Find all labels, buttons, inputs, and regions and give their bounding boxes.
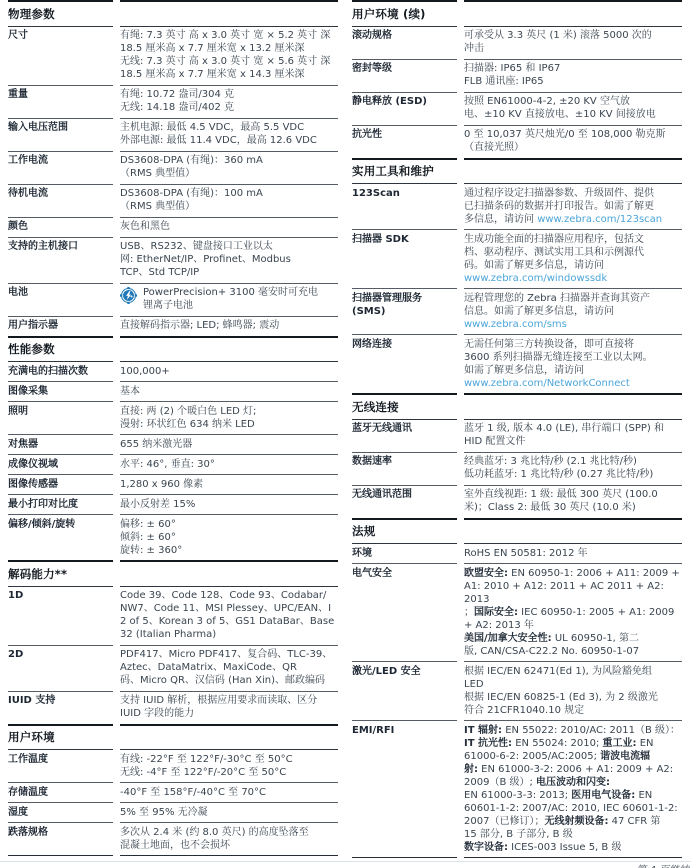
value-text: TCP、Std TCP/IP <box>120 267 199 278</box>
value-line: 按照 EN61000-4-2, ±20 KV 空气放 <box>464 95 682 108</box>
value-line: -40°F 至 158°F/-40°C 至 70°C <box>120 786 338 799</box>
section-header: 法规 <box>352 518 682 545</box>
spec-label: 湿度 <box>8 803 113 823</box>
value-line: 电、±10 KV 直接放电、±10 KV 间接放电 <box>464 108 682 121</box>
spec-row: 偏移/倾斜/旋转偏移: ± 60°倾斜: ± 60°旋转: ± 360° <box>8 515 338 560</box>
value-line: 灰色和黑色 <box>120 220 338 233</box>
spec-value: PowerPrecision+ 3100 毫安时可充电锂离子电池 <box>120 284 338 317</box>
value-text: EN <box>637 738 654 749</box>
value-line: Code 39、Code 128、Code 93、Codabar/ <box>120 589 338 602</box>
spec-row: 工作温度有线: -22°F 至 122°F/-30°C 至 50°C无线: -4… <box>8 750 338 783</box>
value-line: USB、RS232、键盘接口工业以太 <box>120 240 338 253</box>
spec-row: 待机电流DS3608-DPA (有绳)：100 mA （RMS 典型值） <box>8 185 338 218</box>
spec-label: 对焦器 <box>8 435 113 455</box>
value-text: 0 至 10,037 英尺烛光/0 至 108,000 勒克斯 <box>464 129 666 140</box>
value-text: 冲击 <box>464 43 484 54</box>
section-header-rule <box>120 560 338 587</box>
spec-row: 支持的主机接口USB、RS232、键盘接口工业以太网: EtherNet/IP、… <box>8 238 338 284</box>
value-text: 根据 IEC/EN 60825-1 (Ed 3), 为 2 级激光 <box>464 692 658 703</box>
spec-value: -40°F 至 158°F/-40°C 至 70°C <box>120 783 338 803</box>
value-line: 数字设备: ICES-003 Issue 5, B 级 <box>464 841 682 854</box>
value-line: 主机电源: 最低 4.5 VDC，最高 5.5 VDC <box>120 121 338 134</box>
value-text: 灰色和黑色 <box>120 221 170 232</box>
value-line: 倾斜: ± 60° <box>120 531 338 544</box>
value-text: 47 CFR 第 <box>608 816 660 827</box>
spec-label: 网络连接 <box>352 335 457 393</box>
section-title: 法规 <box>352 518 457 545</box>
spec-label: 电池 <box>8 284 113 317</box>
value-line: 蓝牙 1 级, 版本 4.0 (LE), 串行端口 (SPP) 和 <box>464 422 682 435</box>
value-text-bold: IT 抗光性: <box>464 738 512 749</box>
spec-value: 100,000+ <box>120 362 338 382</box>
spec-label: 充满电的扫描次数 <box>8 362 113 382</box>
spec-value: 有线: -22°F 至 122°F/-30°C 至 50°C无线: -4°F 至… <box>120 750 338 783</box>
value-text: 生成功能全面的扫描器应用程序，包括文 <box>464 234 644 245</box>
value-line: 无线: 14.18 盎司/402 克 <box>120 101 338 114</box>
spec-value: 有绳: 7.3 英寸 高 x 3.0 英寸 宽 × 5.2 英寸 深18.5 厘… <box>120 27 338 86</box>
value-text: 2007（已修订）； <box>464 816 544 827</box>
external-link[interactable]: www.zebra.com/windowssdk <box>464 273 607 284</box>
spec-label: 激光/LED 安全 <box>352 662 457 721</box>
value-line: 混凝土地面，也不会损坏 <box>120 839 338 852</box>
value-line: 5% 至 95% 无冷凝 <box>120 806 338 819</box>
value-line: 直接: 两 (2) 个暖白色 LED 灯; <box>120 405 338 418</box>
value-line: 已扫描条码的数据并打印报告。如需了解更 <box>464 200 682 213</box>
value-text: 经典蓝牙: 3 兆比特/秒 (2.1 兆比特/秒) <box>464 456 637 467</box>
value-line: 锂离子电池 <box>143 299 338 312</box>
value-text-bold: IT 辐射: <box>464 725 502 736</box>
spec-row: 成像仪视域水平: 46°, 垂直: 30° <box>8 455 338 475</box>
spec-row: 颜色灰色和黑色 <box>8 218 338 238</box>
spec-value: 灰色和黑色 <box>120 218 338 238</box>
value-text: PDF417、Micro PDF417、复合码、TLC-39、 <box>120 649 332 660</box>
spec-section: 用户环境工作温度有线: -22°F 至 122°F/-30°C 至 50°C无线… <box>8 724 338 857</box>
spec-row: 工作电流DS3608-DPA (有绳)：360 mA （RMS 典型值） <box>8 152 338 185</box>
value-text: NW7、Code 11、MSI Plessey、UPC/EAN、I <box>120 603 331 614</box>
value-line: 3600 系列扫描器无缝连接至工业以太网。 <box>464 351 682 364</box>
value-line: 多次从 2.4 米 (约 8.0 英尺) 的高度坠落至 <box>120 826 338 839</box>
spec-section: 物理参数尺寸有绳: 7.3 英寸 高 x 3.0 英寸 宽 × 5.2 英寸 深… <box>8 0 338 336</box>
spec-label: 蓝牙无线通讯 <box>352 420 457 453</box>
value-text: 偏移: ± 60° <box>120 519 176 530</box>
spec-value: 无需任何第三方转换设备，即可直接将3600 系列扫描器无缝连接至工业以太网。如需… <box>464 335 682 393</box>
value-line: 可承受从 3.3 英尺 (1 米) 滚落 5000 次的 <box>464 29 682 42</box>
section-title: 用户环境 (续) <box>352 0 457 27</box>
spec-label: 颜色 <box>8 218 113 238</box>
section-title: 性能参数 <box>8 336 113 363</box>
spec-label: 123Scan <box>352 184 457 230</box>
spec-section: 性能参数充满电的扫描次数100,000+图像采集基本照明直接: 两 (2) 个暖… <box>8 336 338 561</box>
spec-value: 支持 IUID 解析，根据应用要求而读取、区分IUID 字段的能力 <box>120 692 338 724</box>
spec-row: 用户指示器直接解码指示器; LED; 蜂鸣器; 震动 <box>8 317 338 336</box>
spec-section: 解码能力**1DCode 39、Code 128、Code 93、Codabar… <box>8 560 338 724</box>
value-text: 室外直线视距: 1 级: 最低 300 英尺 (100.0 <box>464 489 658 500</box>
value-line: 根据 IEC/EN 62471(Ed 1), 为风险豁免组 <box>464 665 682 678</box>
value-line: 100,000+ <box>120 365 338 378</box>
spec-label: 支持的主机接口 <box>8 238 113 284</box>
value-line: 直接解码指示器; LED; 蜂鸣器; 震动 <box>120 319 338 332</box>
spec-label: 扫描器 SDK <box>352 230 457 289</box>
spec-value: 主机电源: 最低 4.5 VDC，最高 5.5 VDC外部电源: 最低 11.4… <box>120 119 338 152</box>
value-line: + A2: 2013 年 <box>464 619 682 632</box>
spec-label: 重量 <box>8 86 113 119</box>
spec-value: 生成功能全面的扫描器应用程序，包括文档、驱动程序、测试实用工具和示例源代码。如需… <box>464 230 682 289</box>
value-text: 基本 <box>120 386 140 397</box>
spec-row: 抗光性0 至 10,037 英尺烛光/0 至 108,000 勒克斯 （直接光照… <box>352 126 682 158</box>
value-line: 655 纳米激光器 <box>120 438 338 451</box>
spec-row: 网络连接无需任何第三方转换设备，即可直接将3600 系列扫描器无缝连接至工业以太… <box>352 335 682 393</box>
value-line: （RMS 典型值） <box>120 167 338 180</box>
spec-row: 电气安全欧盟安全: EN 60950-1: 2006 + A11: 2009 +… <box>352 564 682 662</box>
spec-label: 无线通讯范围 <box>352 486 457 518</box>
value-line: 2007（已修订）；无线射频设备: 47 CFR 第 <box>464 815 682 828</box>
value-line: NW7、Code 11、MSI Plessey、UPC/EAN、I <box>120 602 338 615</box>
value-text: EN <box>635 790 652 801</box>
external-link[interactable]: www.zebra.com/123scan <box>537 214 662 225</box>
value-line: LED <box>464 678 682 691</box>
value-text: 漫射: 环状红色 634 纳米 LED <box>120 419 255 430</box>
value-line: IT 抗光性: EN 55024: 2010; 重工业: EN <box>464 737 682 750</box>
spec-label: 最小打印对比度 <box>8 495 113 515</box>
spec-label: 照明 <box>8 402 113 435</box>
value-text: EN 61000-3-2: 2006 + A1: 2009 + A2: <box>478 764 673 775</box>
value-text: 根据 IEC/EN 62471(Ed 1), 为风险豁免组 <box>464 666 652 677</box>
spec-label: 密封等级 <box>352 60 457 93</box>
spec-value: 远程管理您的 Zebra 扫描器并查询其资产信息。如需了解更多信息，请访问www… <box>464 289 682 335</box>
value-text: EN 55022: 2010/AC: 2011（B 级）： <box>502 725 680 736</box>
value-line: www.zebra.com/sms <box>464 318 682 331</box>
spec-row: 图像采集基本 <box>8 382 338 402</box>
value-text-bold: 重工业: <box>603 738 637 749</box>
section-title: 用户环境 <box>8 724 113 751</box>
spec-label: 存储温度 <box>8 783 113 803</box>
value-line: 米)；Class 2: 最低 30 英尺 (10.0 米) <box>464 501 682 514</box>
value-line: www.zebra.com/NetworkConnect <box>464 377 682 390</box>
value-line: 无线: 7.3 英寸 高 x 3.0 英寸 宽 × 5.6 英寸 深 <box>120 55 338 68</box>
value-line: 最小反射差 15% <box>120 498 338 511</box>
section-header-rule <box>464 518 682 545</box>
value-text: 倾斜: ± 60° <box>120 532 176 543</box>
value-line: 射: EN 61000-3-2: 2006 + A1: 2009 + A2: <box>464 763 682 776</box>
value-line: A1: 2010 + A12: 2011 + AC 2011 + A2: 201… <box>464 580 682 606</box>
value-text: ICES-003 Issue 5, B 级 <box>508 842 621 853</box>
spec-value: USB、RS232、键盘接口工业以太网: EtherNet/IP、Profine… <box>120 238 338 284</box>
value-line: 版, CAN/CSA-C22.2 No. 60950-1-07 <box>464 645 682 658</box>
value-text: 档、驱动程序、测试实用工具和示例源代 <box>464 247 644 258</box>
value-text: IUID 字段的能力 <box>120 708 194 719</box>
spec-row: 密封等级扫描器: IP65 和 IP67FLB 通讯座: IP65 <box>352 60 682 93</box>
value-line: 网: EtherNet/IP、Profinet、Modbus <box>120 253 338 266</box>
spec-row: 图像传感器1,280 x 960 像素 <box>8 475 338 495</box>
external-link[interactable]: www.zebra.com/sms <box>464 319 567 330</box>
value-line: 2009（B 级）; 电压波动和闪变: <box>464 776 682 789</box>
value-line: 0 至 10,037 英尺烛光/0 至 108,000 勒克斯 <box>464 128 682 141</box>
value-text-bold: 国际安全: <box>474 607 518 618</box>
section-title: 无线连接 <box>352 393 457 420</box>
value-text: UL 60950-1, 第二 <box>552 633 639 644</box>
value-line: www.zebra.com/windowssdk <box>464 272 682 285</box>
section-header: 用户环境 (续) <box>352 0 682 27</box>
value-text-bold: 数字设备: <box>464 842 508 853</box>
value-line: DS3608-DPA (有绳)：100 mA <box>120 187 338 200</box>
value-line: （RMS 典型值） <box>120 200 338 213</box>
value-text: 多次从 2.4 米 (约 8.0 英尺) 的高度坠落至 <box>120 827 309 838</box>
value-text: 如需了解更多信息，请访问 <box>464 365 584 376</box>
value-text-bold: 医用电气设备: <box>571 790 635 801</box>
value-line: 无线: -4°F 至 122°F/-20°C 至 50°C <box>120 766 338 779</box>
value-line: 室外直线视距: 1 级: 最低 300 英尺 (100.0 <box>464 488 682 501</box>
value-text: 2 of 5、Korean 3 of 5、GS1 DataBar、Base <box>120 616 334 627</box>
spec-label: 数据速率 <box>352 453 457 486</box>
value-text: Code 39、Code 128、Code 93、Codabar/ <box>120 590 326 601</box>
value-text-bold: 无线射频设备: <box>544 816 608 827</box>
value-text: 主机电源: 最低 4.5 VDC，最高 5.5 VDC <box>120 122 304 133</box>
value-text-bold: 射: <box>464 764 478 775</box>
spec-row: 重量有绳: 10.72 盎司/304 克无线: 14.18 盎司/402 克 <box>8 86 338 119</box>
value-text: DS3608-DPA (有绳)：100 mA <box>120 188 263 199</box>
value-line: PDF417、Micro PDF417、复合码、TLC-39、 <box>120 648 338 661</box>
value-line: 经典蓝牙: 3 兆比特/秒 (2.1 兆比特/秒) <box>464 455 682 468</box>
value-line: 低功耗蓝牙: 1 兆比特/秒 (0.27 兆比特/秒) <box>464 468 682 481</box>
spec-row: 电池PowerPrecision+ 3100 毫安时可充电锂离子电池 <box>8 284 338 317</box>
spec-row: 跌落规格多次从 2.4 米 (约 8.0 英尺) 的高度坠落至混凝土地面，也不会… <box>8 823 338 856</box>
value-line: 漫射: 环状红色 634 纳米 LED <box>120 418 338 431</box>
spec-row: 激光/LED 安全根据 IEC/EN 62471(Ed 1), 为风险豁免组LE… <box>352 662 682 721</box>
spec-value: 有绳: 10.72 盎司/304 克无线: 14.18 盎司/402 克 <box>120 86 338 119</box>
section-header-rule <box>120 724 338 751</box>
value-text: 多信息，请访问 <box>464 214 537 225</box>
value-line: 32 (Italian Pharma) <box>120 628 338 641</box>
value-text: 3600 系列扫描器无缝连接至工业以太网。 <box>464 352 653 363</box>
value-text: EN 61000-3-3: 2013; <box>464 790 571 801</box>
spec-row: 最小打印对比度最小反射差 15% <box>8 495 338 515</box>
spec-label: 工作温度 <box>8 750 113 783</box>
spec-label: 跌落规格 <box>8 823 113 856</box>
value-line: 冲击 <box>464 42 682 55</box>
value-text: 版, CAN/CSA-C22.2 No. 60950-1-07 <box>464 646 639 657</box>
value-text: EN 60950-1: 2006 + A11: 2009 + <box>508 568 680 579</box>
value-line: 61000-6-2: 2005/AC:2005; 谐波电流辐 <box>464 750 682 763</box>
value-text: 蓝牙 1 级, 版本 4.0 (LE), 串行端口 (SPP) 和 <box>464 423 664 434</box>
spec-label: 2D <box>8 646 113 692</box>
value-text: 无线: 14.18 盎司/402 克 <box>120 102 234 113</box>
spec-row: 静电释放 (ESD)按照 EN61000-4-2, ±20 KV 空气放电、±1… <box>352 93 682 126</box>
spec-row: 扫描器 SDK生成功能全面的扫描器应用程序，包括文档、驱动程序、测试实用工具和示… <box>352 230 682 289</box>
value-line: 通过程序设定扫描器参数、升级固件、提供 <box>464 187 682 200</box>
value-text: 18.5 厘米高 x 7.7 厘米宽 x 14.3 厘米深 <box>120 69 305 80</box>
section-title: 解码能力** <box>8 560 113 587</box>
spec-value: 水平: 46°, 垂直: 30° <box>120 455 338 475</box>
value-text: 水平: 46°, 垂直: 30° <box>120 459 215 470</box>
spec-value: 基本 <box>120 382 338 402</box>
value-line: 根据 IEC/EN 60825-1 (Ed 3), 为 2 级激光 <box>464 691 682 704</box>
value-line: IUID 字段的能力 <box>120 707 338 720</box>
section-header: 物理参数 <box>8 0 338 27</box>
value-line: 18.5 厘米高 x 7.7 厘米宽 x 14.3 厘米深 <box>120 68 338 81</box>
spec-label: 图像采集 <box>8 382 113 402</box>
value-text: 已扫描条码的数据并打印报告。如需了解更 <box>464 201 654 212</box>
section-title: 物理参数 <box>8 0 113 27</box>
spec-value: RoHS EN 50581: 2012 年 <box>464 544 682 564</box>
spec-row: 存储温度-40°F 至 158°F/-40°C 至 70°C <box>8 783 338 803</box>
value-text: 旋转: ± 360° <box>120 545 182 556</box>
value-text: Aztec、DataMatrix、MaxiCode、QR <box>120 662 297 673</box>
value-text: 无线: 7.3 英寸 高 x 3.0 英寸 宽 × 5.6 英寸 深 <box>120 56 330 67</box>
spec-row: IUID 支持支持 IUID 解析，根据应用要求而读取、区分IUID 字段的能力 <box>8 692 338 724</box>
spec-value: Code 39、Code 128、Code 93、Codabar/NW7、Cod… <box>120 587 338 646</box>
spec-row: 数据速率经典蓝牙: 3 兆比特/秒 (2.1 兆比特/秒)低功耗蓝牙: 1 兆比… <box>352 453 682 486</box>
spec-row: 滚动规格可承受从 3.3 英尺 (1 米) 滚落 5000 次的冲击 <box>352 27 682 60</box>
value-text: （直接光照） <box>464 142 524 153</box>
value-line: 偏移: ± 60° <box>120 518 338 531</box>
section-header: 用户环境 <box>8 724 338 751</box>
spec-value: 0 至 10,037 英尺烛光/0 至 108,000 勒克斯 （直接光照） <box>464 126 682 158</box>
spec-value: 655 纳米激光器 <box>120 435 338 455</box>
spec-value: 蓝牙 1 级, 版本 4.0 (LE), 串行端口 (SPP) 和HID 配置文… <box>464 420 682 453</box>
spec-label: 静电释放 (ESD) <box>352 93 457 126</box>
value-line: 有绳: 7.3 英寸 高 x 3.0 英寸 宽 × 5.2 英寸 深 <box>120 29 338 42</box>
page-bottom-rule <box>0 861 691 862</box>
spec-value: 直接解码指示器; LED; 蜂鸣器; 震动 <box>120 317 338 336</box>
value-text: 按照 EN61000-4-2, ±20 KV 空气放 <box>464 96 630 107</box>
value-text: 信息。如需了解更多信息，请访问 <box>464 306 614 317</box>
spec-section: 无线连接蓝牙无线通讯蓝牙 1 级, 版本 4.0 (LE), 串行端口 (SPP… <box>352 393 682 518</box>
value-text: 32 (Italian Pharma) <box>120 629 216 640</box>
spec-section: 用户环境 (续)滚动规格可承受从 3.3 英尺 (1 米) 滚落 5000 次的… <box>352 0 682 158</box>
spec-value: DS3608-DPA (有绳)：360 mA （RMS 典型值） <box>120 152 338 185</box>
value-line: 有线: -22°F 至 122°F/-30°C 至 50°C <box>120 753 338 766</box>
spec-value: 经典蓝牙: 3 兆比特/秒 (2.1 兆比特/秒)低功耗蓝牙: 1 兆比特/秒 … <box>464 453 682 486</box>
section-header-rule <box>464 393 682 420</box>
spec-row: 照明直接: 两 (2) 个暖白色 LED 灯;漫射: 环状红色 634 纳米 L… <box>8 402 338 435</box>
value-line: 2 of 5、Korean 3 of 5、GS1 DataBar、Base <box>120 615 338 628</box>
spec-value: 5% 至 95% 无冷凝 <box>120 803 338 823</box>
value-line: 1,280 x 960 像素 <box>120 478 338 491</box>
value-text: A1: 2010 + A12: 2011 + AC 2011 + A2: 201… <box>464 581 664 605</box>
spec-label: 滚动规格 <box>352 27 457 60</box>
value-line: EN 61000-3-3: 2013; 医用电气设备: EN <box>464 789 682 802</box>
section-header: 实用工具和维护 <box>352 158 682 185</box>
spec-row: 对焦器655 纳米激光器 <box>8 435 338 455</box>
value-line: 码。如需了解更多信息，请访问 <box>464 259 682 272</box>
section-title: 实用工具和维护 <box>352 158 457 185</box>
value-text: 18.5 厘米高 x 7.7 厘米宽 x 13.2 厘米深 <box>120 43 305 54</box>
value-line: 档、驱动程序、测试实用工具和示例源代 <box>464 246 682 259</box>
spec-label: 扫描器管理服务 (SMS) <box>352 289 457 335</box>
section-header-rule <box>120 336 338 363</box>
spec-value: PDF417、Micro PDF417、复合码、TLC-39、Aztec、Dat… <box>120 646 338 692</box>
value-text: DS3608-DPA (有绳)：360 mA <box>120 155 263 166</box>
value-text: 直接: 两 (2) 个暖白色 LED 灯; <box>120 406 256 417</box>
value-line: TCP、Std TCP/IP <box>120 266 338 279</box>
value-line: 15 部分, B 子部分, B 级 <box>464 828 682 841</box>
value-text: 码。如需了解更多信息，请访问 <box>464 260 604 271</box>
value-line: 符合 21CFR1040.10 规定 <box>464 704 682 717</box>
spec-value: 可承受从 3.3 英尺 (1 米) 滚落 5000 次的冲击 <box>464 27 682 60</box>
value-text: 低功耗蓝牙: 1 兆比特/秒 (0.27 兆比特/秒) <box>464 469 653 480</box>
value-text: 1,280 x 960 像素 <box>120 479 203 490</box>
value-line: 信息。如需了解更多信息，请访问 <box>464 305 682 318</box>
spec-section: 实用工具和维护123Scan通过程序设定扫描器参数、升级固件、提供已扫描条码的数… <box>352 158 682 394</box>
value-text: ； <box>464 607 474 618</box>
value-line: 欧盟安全: EN 60950-1: 2006 + A11: 2009 + <box>464 567 682 580</box>
external-link[interactable]: www.zebra.com/NetworkConnect <box>464 378 630 389</box>
value-line: 生成功能全面的扫描器应用程序，包括文 <box>464 233 682 246</box>
spec-row: 湿度5% 至 95% 无冷凝 <box>8 803 338 823</box>
spec-row: 蓝牙无线通讯蓝牙 1 级, 版本 4.0 (LE), 串行端口 (SPP) 和H… <box>352 420 682 453</box>
value-line: 美国/加拿大安全性: UL 60950-1, 第二 <box>464 632 682 645</box>
value-text: 100,000+ <box>120 366 170 377</box>
spec-value: 最小反射差 15% <box>120 495 338 515</box>
powerprecision-battery-icon <box>120 287 137 304</box>
value-text: 码、Micro QR、汉信码 (Han Xin)、邮政编码 <box>120 675 325 686</box>
spec-column-2: 用户环境 (续)滚动规格可承受从 3.3 英尺 (1 米) 滚落 5000 次的… <box>352 0 682 858</box>
spec-label: IUID 支持 <box>8 692 113 724</box>
value-text: 有绳: 10.72 盎司/304 克 <box>120 89 234 100</box>
section-header-rule <box>464 0 682 27</box>
value-text-bold: 电压波动和闪变: <box>536 777 610 788</box>
value-text: LED <box>464 679 484 690</box>
value-line: 基本 <box>120 385 338 398</box>
value-line: 支持 IUID 解析，根据应用要求而读取、区分 <box>120 694 338 707</box>
value-text: PowerPrecision+ 3100 毫安时可充电 <box>143 287 318 298</box>
spec-label: 环境 <box>352 544 457 564</box>
spec-label: 尺寸 <box>8 27 113 86</box>
spec-row: 充满电的扫描次数100,000+ <box>8 362 338 382</box>
value-line: FLB 通讯座: IP65 <box>464 75 682 88</box>
value-line: Aztec、DataMatrix、MaxiCode、QR <box>120 661 338 674</box>
value-text: 通过程序设定扫描器参数、升级固件、提供 <box>464 188 654 199</box>
value-line: 远程管理您的 Zebra 扫描器并查询其资产 <box>464 292 682 305</box>
spec-row: 2DPDF417、Micro PDF417、复合码、TLC-39、Aztec、D… <box>8 646 338 692</box>
value-text: 有绳: 7.3 英寸 高 x 3.0 英寸 宽 × 5.2 英寸 深 <box>120 30 330 41</box>
spec-value: 通过程序设定扫描器参数、升级固件、提供已扫描条码的数据并打印报告。如需了解更多信… <box>464 184 682 230</box>
value-text: FLB 通讯座: IP65 <box>464 76 544 87</box>
spec-value: 按照 EN61000-4-2, ±20 KV 空气放电、±10 KV 直接放电、… <box>464 93 682 126</box>
value-line: IT 辐射: EN 55022: 2010/AC: 2011（B 级）： <box>464 724 682 737</box>
spec-row: 扫描器管理服务 (SMS)远程管理您的 Zebra 扫描器并查询其资产信息。如需… <box>352 289 682 335</box>
value-text: 支持 IUID 解析，根据应用要求而读取、区分 <box>120 695 317 706</box>
value-line: 旋转: ± 360° <box>120 544 338 557</box>
spec-label: 工作电流 <box>8 152 113 185</box>
value-text: 15 部分, B 子部分, B 级 <box>464 829 573 840</box>
spec-label: 输入电压范围 <box>8 119 113 152</box>
spec-label: 1D <box>8 587 113 646</box>
value-line: 外部电源: 最低 11.4 VDC，最高 12.6 VDC <box>120 134 338 147</box>
value-text: 最小反射差 15% <box>120 499 195 510</box>
spec-value: 1,280 x 960 像素 <box>120 475 338 495</box>
value-text: 符合 21CFR1040.10 规定 <box>464 705 584 716</box>
value-text: （RMS 典型值） <box>120 168 195 179</box>
value-line: 扫描器: IP65 和 IP67 <box>464 62 682 75</box>
spec-label: 成像仪视域 <box>8 455 113 475</box>
value-line: HID 配置文件 <box>464 435 682 448</box>
value-text: 直接解码指示器; LED; 蜂鸣器; 震动 <box>120 320 279 331</box>
value-text: 远程管理您的 Zebra 扫描器并查询其资产 <box>464 293 650 304</box>
value-text: 有线: -22°F 至 122°F/-30°C 至 50°C <box>120 754 293 765</box>
value-text: IEC 60950-1: 2005 + A1: 2009 <box>518 607 674 618</box>
spec-value: DS3608-DPA (有绳)：100 mA （RMS 典型值） <box>120 185 338 218</box>
spec-label: 图像传感器 <box>8 475 113 495</box>
value-text: 电、±10 KV 直接放电、±10 KV 间接放电 <box>464 109 656 120</box>
value-text: + A2: 2013 年 <box>464 620 534 631</box>
value-text: （RMS 典型值） <box>120 201 195 212</box>
value-line: 有绳: 10.72 盎司/304 克 <box>120 88 338 101</box>
value-line: 多信息，请访问 www.zebra.com/123scan <box>464 213 682 226</box>
spec-sheet-page: 物理参数尺寸有绳: 7.3 英寸 高 x 3.0 英寸 宽 × 5.2 英寸 深… <box>0 0 691 868</box>
section-header: 无线连接 <box>352 393 682 420</box>
spec-label: 待机电流 <box>8 185 113 218</box>
